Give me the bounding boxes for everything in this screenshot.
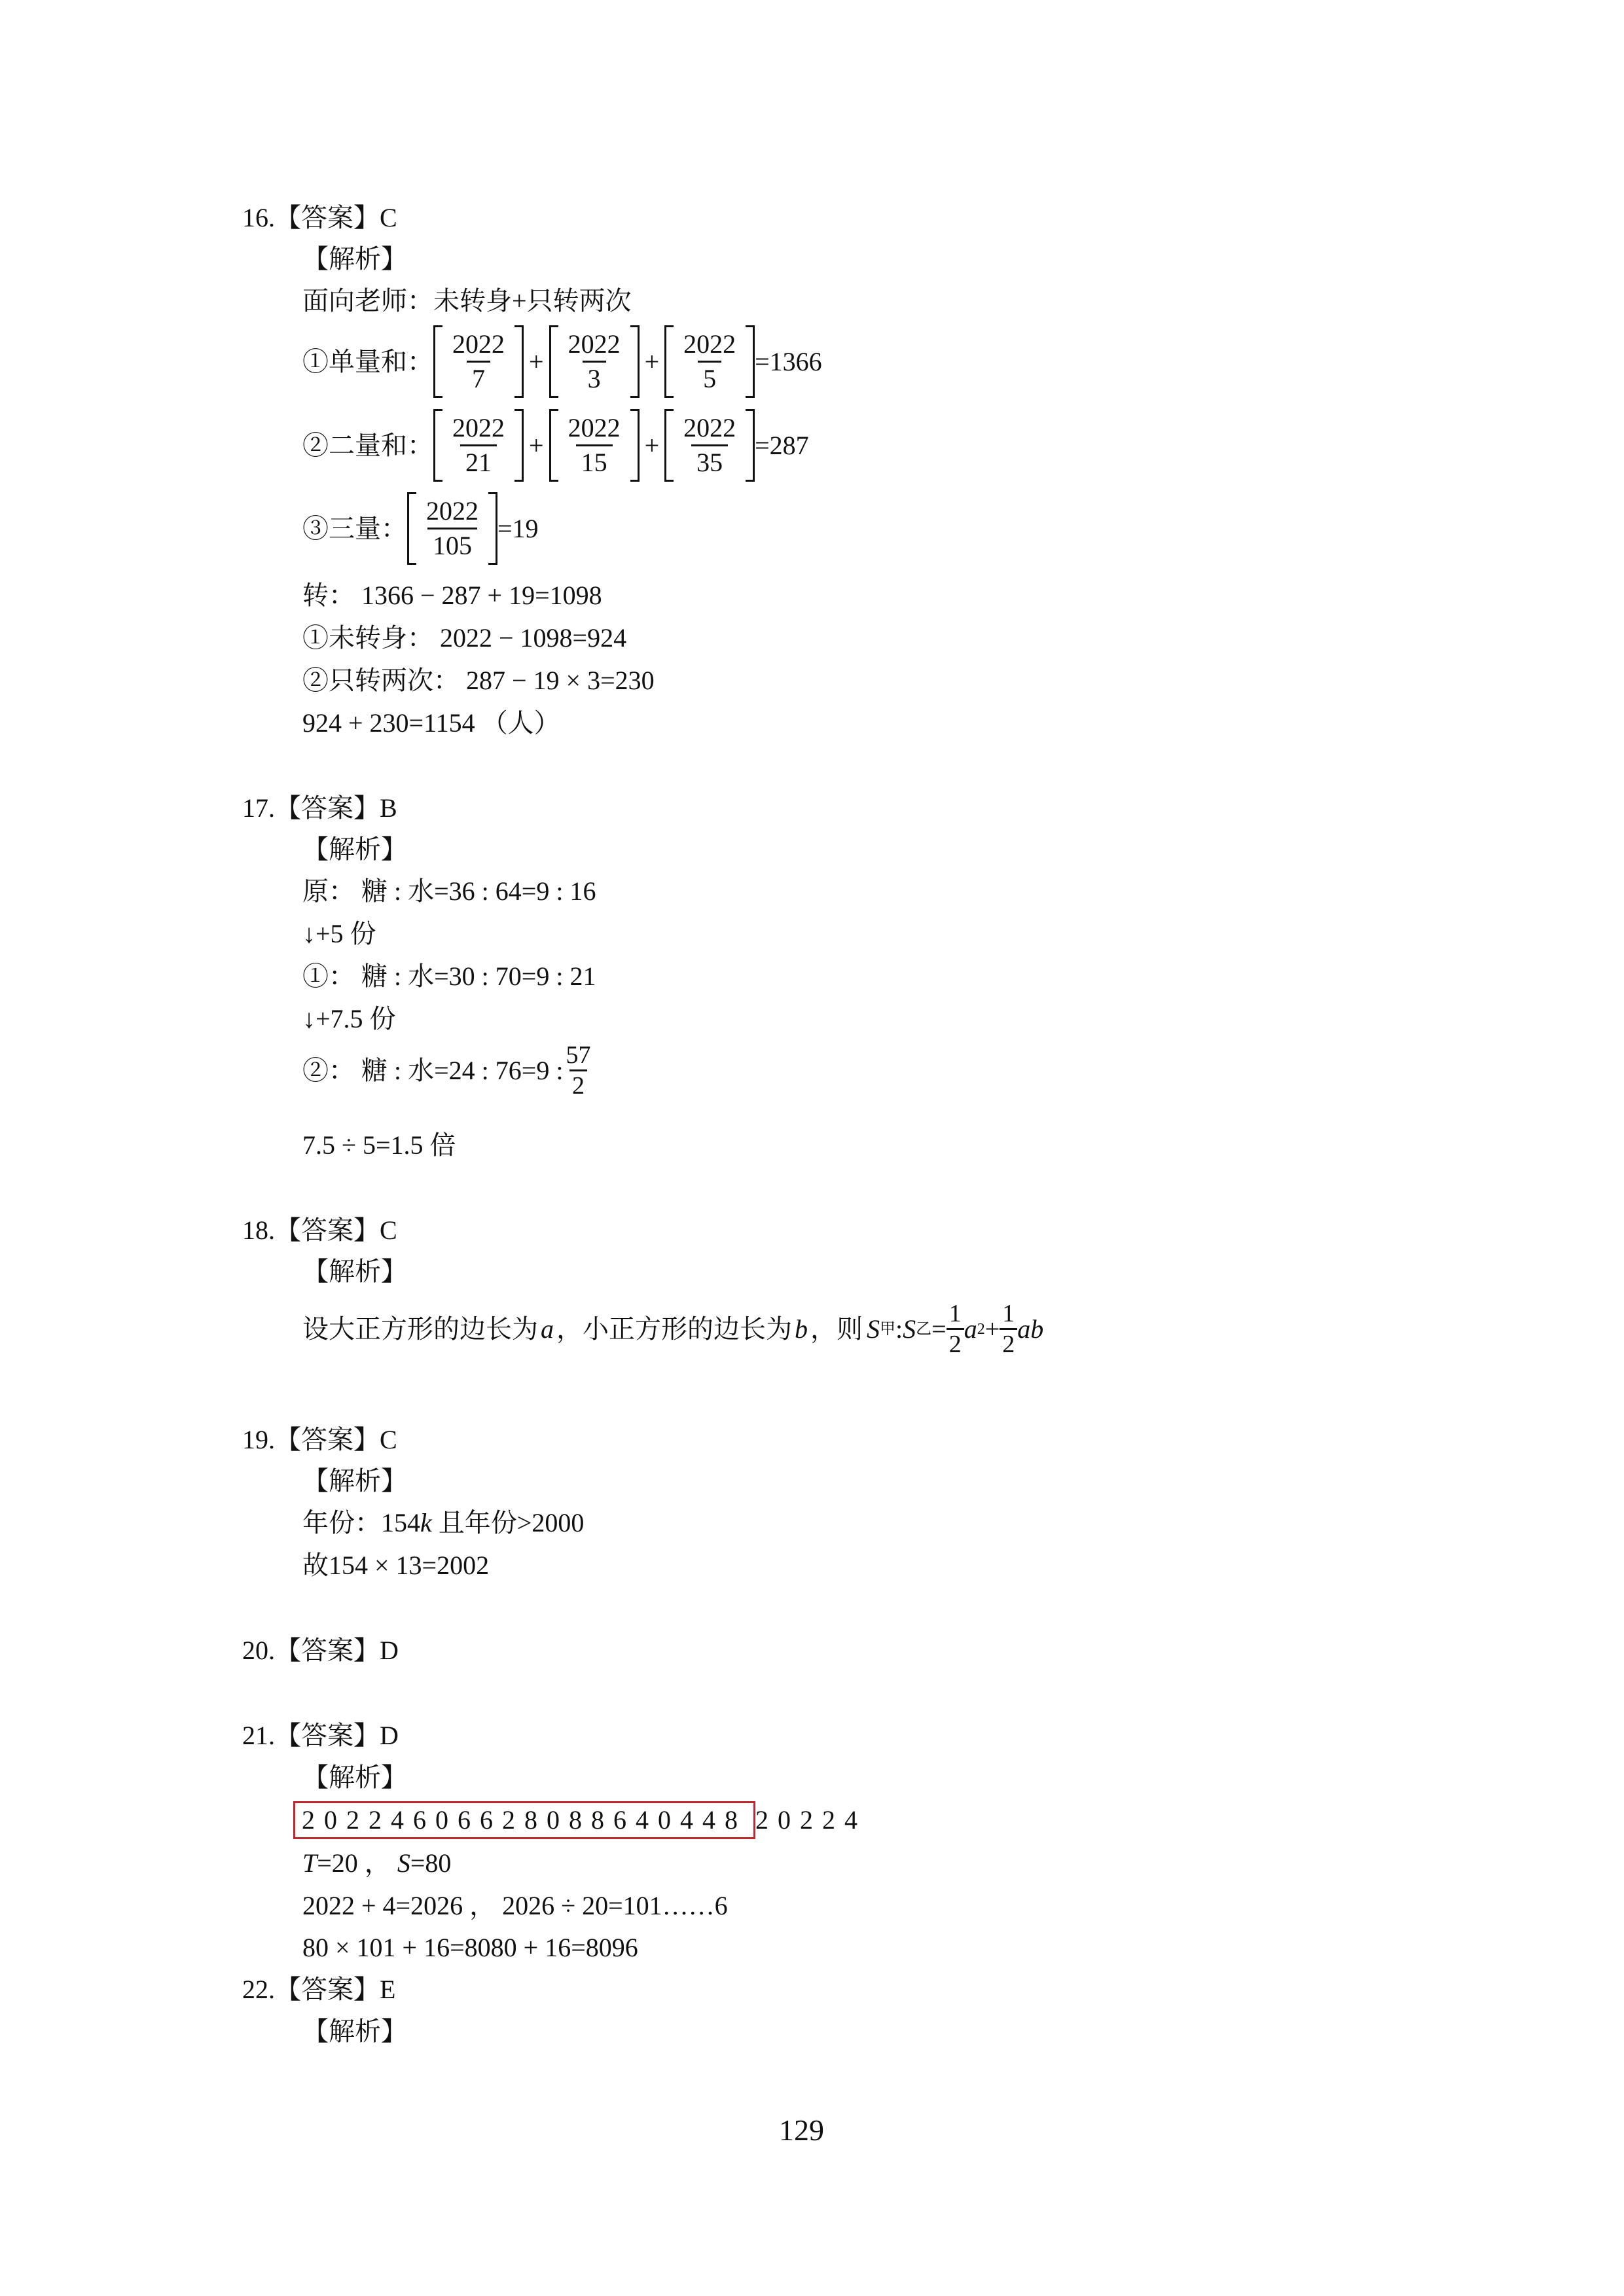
fraction: 12	[947, 1299, 964, 1359]
q18-analysis-tag: 【解析】	[302, 1255, 407, 1289]
highlight-box: 20224606628088640448	[293, 1801, 755, 1839]
q16-single-result: =1366	[755, 345, 822, 379]
q16-triple-label: ③三量：	[302, 512, 407, 546]
answer-tag: 【答案】	[275, 793, 380, 823]
q21-number: 21.	[242, 1721, 275, 1750]
q19-analysis-tag: 【解析】	[302, 1464, 407, 1498]
q17-answer-line: 17.【答案】B	[242, 791, 397, 825]
fraction: 20225	[678, 328, 741, 395]
q17-step2: ↓+7.5 份	[302, 1002, 396, 1036]
floor-bracket: 2022105	[407, 492, 497, 565]
q16-double-result: =287	[755, 429, 809, 463]
q17-step1: ↓+5 份	[302, 917, 376, 951]
q19-number: 19.	[242, 1425, 275, 1454]
q16-answer: C	[380, 203, 397, 232]
q16-triple-result: =19	[497, 512, 539, 546]
q17-number: 17.	[242, 793, 275, 823]
floor-bracket: 202235	[664, 409, 755, 482]
q16-answer-line: 16.【答案】C	[242, 201, 397, 235]
q20-answer-line: 20.【答案】D	[242, 1634, 399, 1668]
q21-period: T=20 ， S=80	[302, 1846, 451, 1880]
q18-statement: 设大正方形的边长为 a ，小正方形的边长为 b ，则 S甲 : S乙 = 12 …	[302, 1299, 1043, 1359]
q18-answer: C	[380, 1215, 397, 1245]
q19-answer: C	[380, 1425, 397, 1454]
fraction: 202221	[447, 412, 510, 479]
q17-state2: ②： 糖 : 水=24 : 76=9 : 572	[302, 1041, 593, 1100]
floor-bracket: 20223	[549, 325, 640, 398]
q16-double-label: ②二量和：	[302, 429, 433, 463]
fraction: 202215	[563, 412, 626, 479]
q20-answer: D	[380, 1636, 399, 1665]
q21-calc1: 2022 + 4=2026 ， 2026 ÷ 20=101……6	[302, 1889, 728, 1923]
answer-tag: 【答案】	[275, 1636, 380, 1665]
floor-bracket: 202215	[549, 409, 640, 482]
q19-conclusion: 故154 × 13=2002	[302, 1549, 489, 1583]
answer-tag: 【答案】	[275, 203, 380, 232]
q22-number: 22.	[242, 1975, 275, 2004]
q22-answer: E	[380, 1975, 395, 2004]
q18-number: 18.	[242, 1215, 275, 1245]
answer-tag: 【答案】	[275, 1215, 380, 1245]
q19-year: 年份：154k 且年份>2000	[302, 1506, 584, 1540]
q22-answer-line: 22.【答案】E	[242, 1973, 395, 2007]
q19-answer-line: 19.【答案】C	[242, 1423, 397, 1457]
q17-state1: ①： 糖 : 水=30 : 70=9 : 21	[302, 960, 596, 994]
q16-not-turned: ①未转身： 2022 − 1098=924	[302, 621, 626, 655]
q21-sequence: 2022460662808864044820224	[293, 1801, 867, 1839]
fraction: 202235	[678, 412, 741, 479]
page-number: 129	[779, 2113, 824, 2147]
q17-ratio: 7.5 ÷ 5=1.5 倍	[302, 1128, 456, 1162]
q16-single-sum: ①单量和： 20227 + 20223 + 20225 =1366	[302, 325, 822, 398]
q21-answer-line: 21.【答案】D	[242, 1719, 399, 1753]
fraction: 572	[563, 1041, 593, 1100]
answer-tag: 【答案】	[275, 1425, 380, 1454]
q18-answer-line: 18.【答案】C	[242, 1213, 397, 1247]
sequence-tail: 20224	[755, 1805, 867, 1835]
q17-analysis-tag: 【解析】	[302, 833, 407, 867]
fraction: 2022105	[421, 495, 484, 562]
q16-intro: 面向老师：未转身+只转两次	[302, 284, 632, 318]
q17-answer: B	[380, 793, 397, 823]
q16-single-label: ①单量和：	[302, 345, 433, 379]
q21-answer: D	[380, 1721, 399, 1750]
q16-double-sum: ②二量和： 202221 + 202215 + 202235 =287	[302, 409, 809, 482]
floor-bracket: 202221	[433, 409, 524, 482]
q16-turned-twice: ②只转两次： 287 − 19 × 3=230	[302, 664, 655, 698]
q16-turn: 转： 1366 − 287 + 19=1098	[302, 579, 602, 613]
q22-analysis-tag: 【解析】	[302, 2015, 407, 2049]
q16-total: 924 + 230=1154 （人）	[302, 706, 560, 740]
fraction: 20223	[563, 328, 626, 395]
q17-original: 原： 糖 : 水=36 : 64=9 : 16	[302, 874, 596, 908]
q21-analysis-tag: 【解析】	[302, 1761, 407, 1795]
answer-tag: 【答案】	[275, 1975, 380, 2004]
q20-number: 20.	[242, 1636, 275, 1665]
q16-triple: ③三量： 2022105 =19	[302, 492, 539, 565]
q21-calc2: 80 × 101 + 16=8080 + 16=8096	[302, 1931, 638, 1965]
q16-analysis-tag: 【解析】	[302, 242, 407, 276]
fraction: 20227	[447, 328, 510, 395]
fraction: 12	[1000, 1299, 1017, 1359]
answer-tag: 【答案】	[275, 1721, 380, 1750]
q16-number: 16.	[242, 203, 275, 232]
floor-bracket: 20225	[664, 325, 755, 398]
floor-bracket: 20227	[433, 325, 524, 398]
